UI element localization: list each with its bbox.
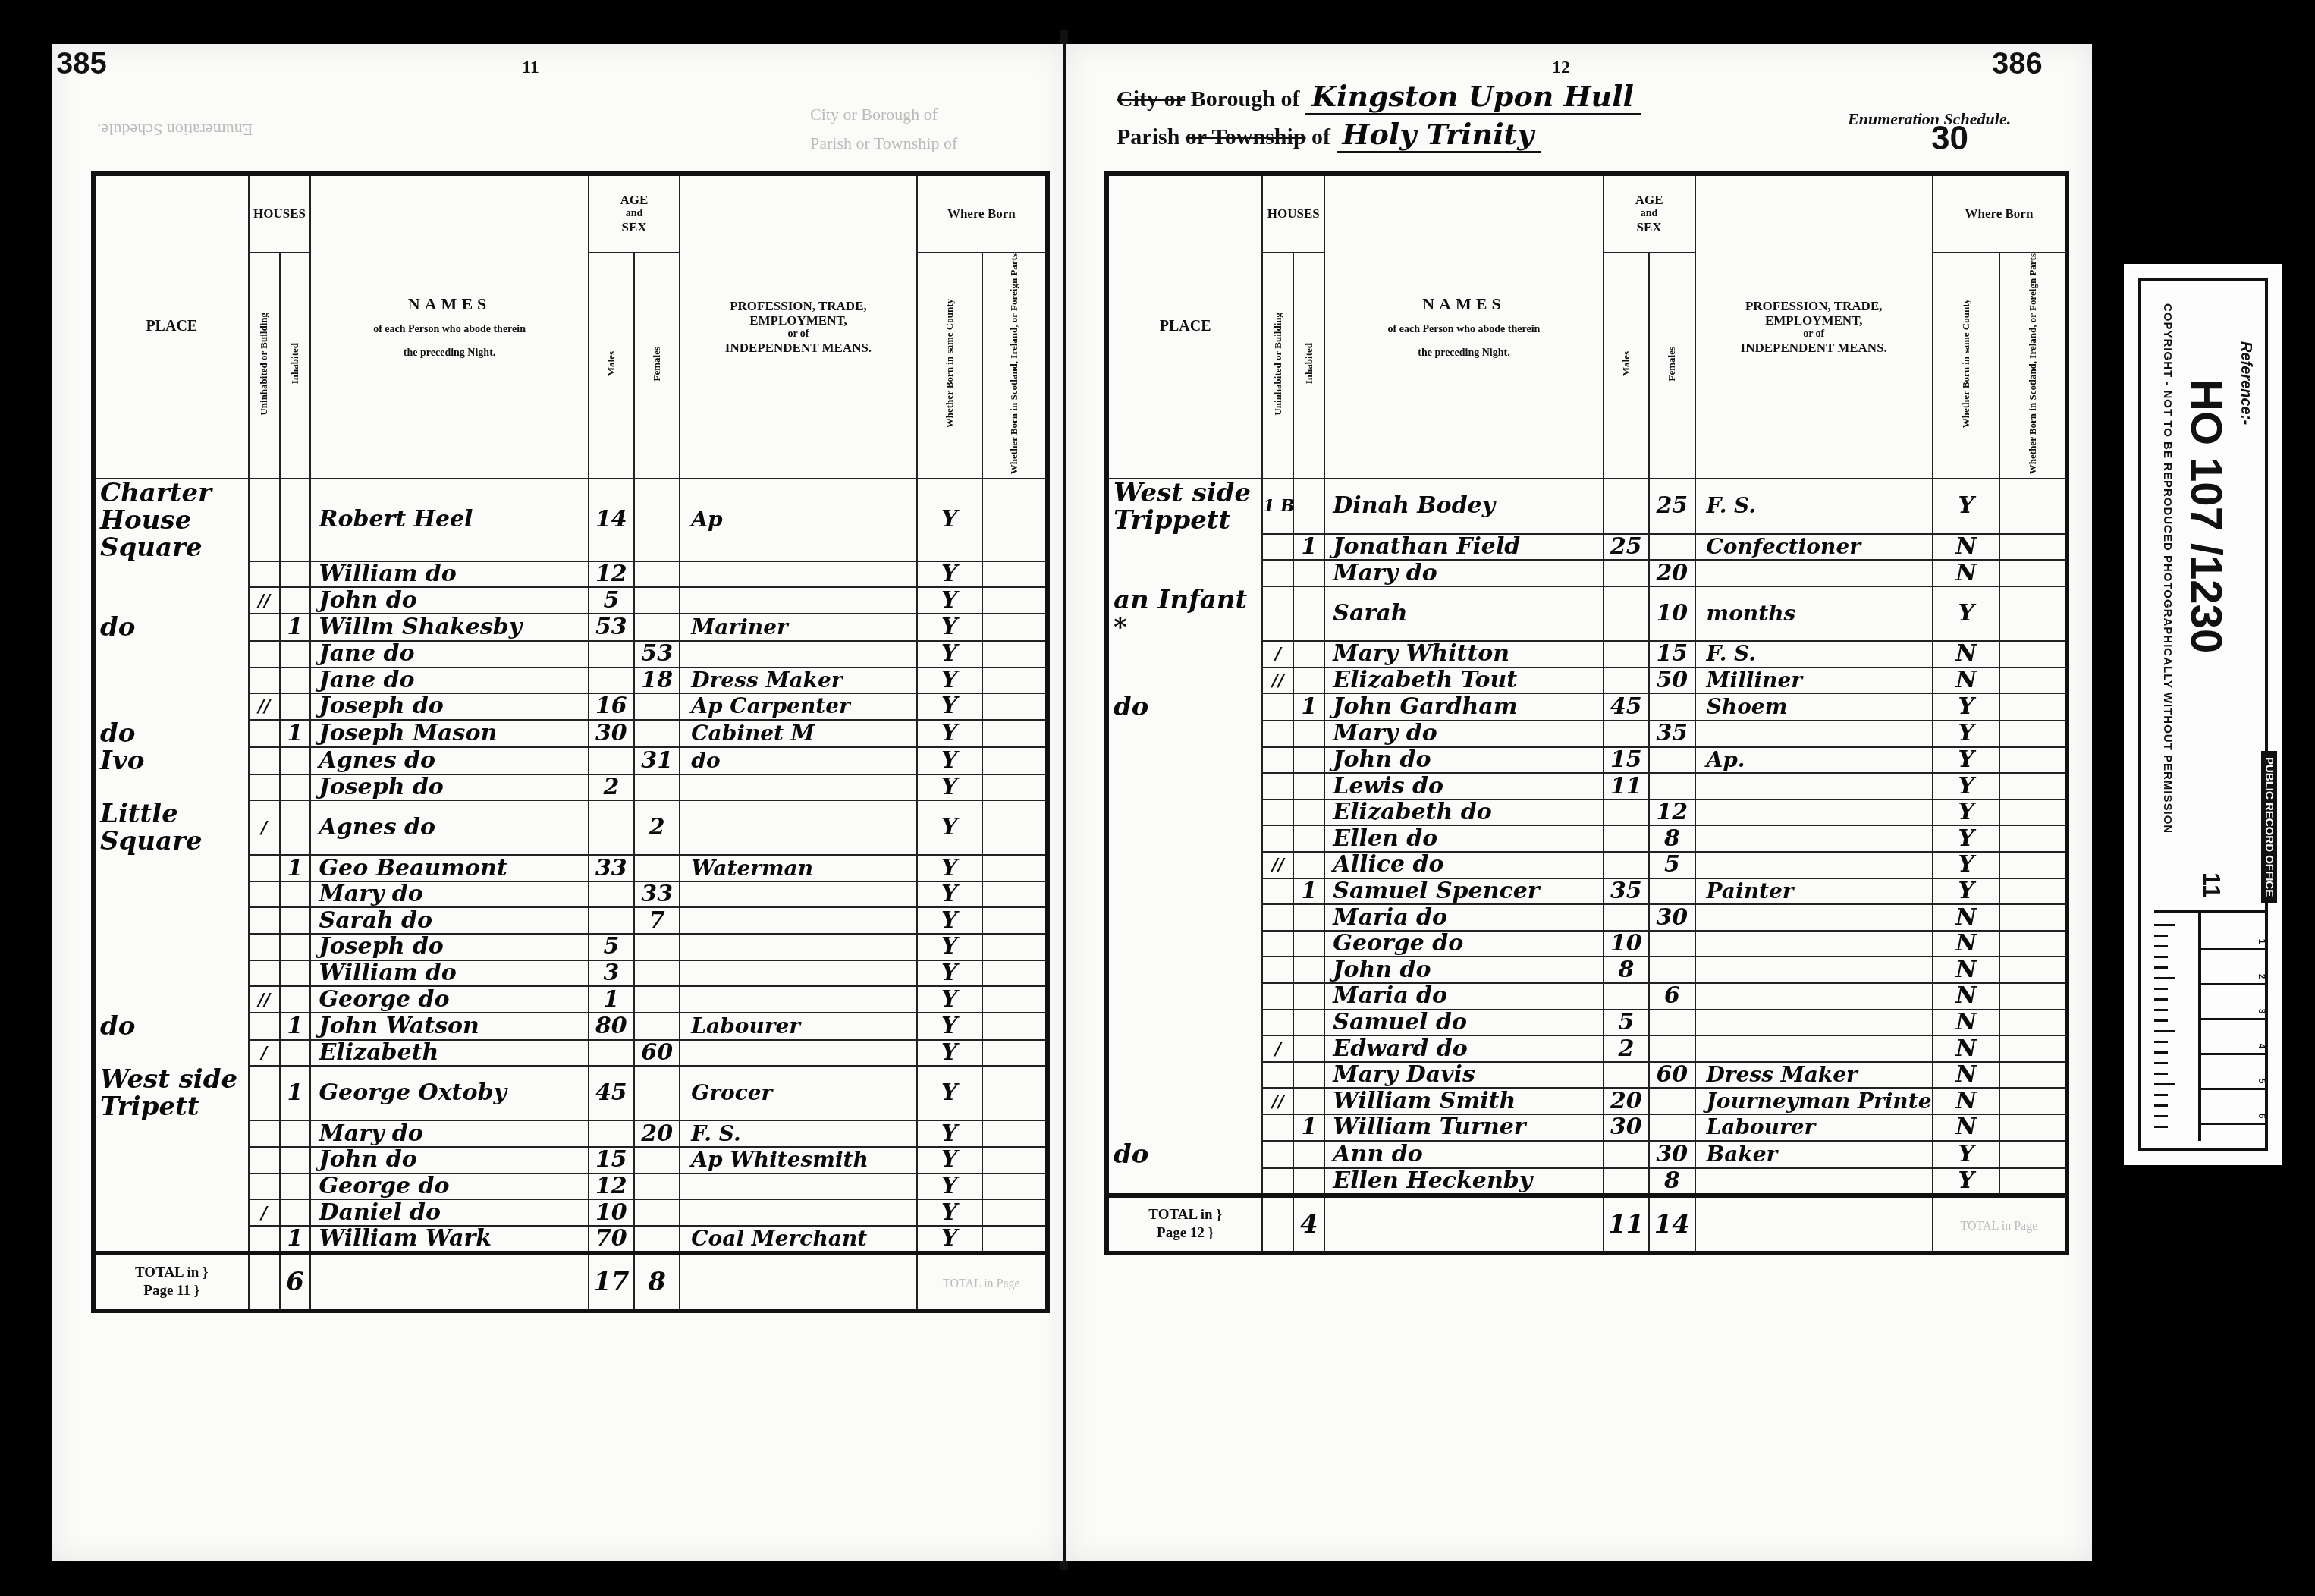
occupation	[680, 881, 916, 908]
city-borough-line: City or Borough of Kingston Upon Hull	[1117, 79, 1641, 113]
occupation: Ap.	[1695, 747, 1933, 774]
person-name: Joseph do	[310, 934, 588, 960]
person-name: Edward do	[1324, 1035, 1603, 1062]
born-scotland-ireland-foreign	[982, 720, 1048, 747]
born-scotland-ireland-foreign	[982, 668, 1048, 694]
inhabited-cell	[280, 641, 311, 668]
reference-folio: 11	[2197, 872, 2225, 898]
census-row: 1Geo Beaumont33WatermanY	[93, 855, 1048, 881]
inhabited-cell	[1293, 983, 1324, 1010]
age-female: 20	[1649, 560, 1695, 586]
occupation: Waterman	[680, 855, 916, 881]
person-name: Ann do	[1324, 1141, 1603, 1168]
occupation: Cabinet M	[680, 720, 916, 747]
person-name: Joseph do	[310, 774, 588, 801]
place-cell	[93, 881, 249, 908]
born-same-county: N	[1933, 668, 2000, 694]
age-male	[1604, 825, 1649, 852]
age-male	[589, 747, 634, 774]
census-row: //George do1Y	[93, 986, 1048, 1013]
born-scotland-ireland-foreign	[1999, 560, 2067, 586]
age-male: 2	[1604, 1035, 1649, 1062]
header-scotland-ireland-foreign: Whether Born in Scotland, Ireland, or Fo…	[982, 253, 1048, 479]
census-row: West side Trippett1 BldgDinah Bodey25F. …	[1107, 479, 2067, 534]
person-name: George do	[310, 986, 588, 1013]
inhabited-cell	[1293, 1168, 1324, 1196]
header-where-born: Where Born	[917, 174, 1048, 253]
occupation	[1695, 1010, 1933, 1036]
uninhabited-cell	[1262, 586, 1293, 641]
person-name: William Wark	[310, 1226, 588, 1254]
person-name: George do	[1324, 931, 1603, 957]
uninhabited-cell	[249, 1120, 280, 1147]
header-age-sex: AGEandSEX	[589, 174, 680, 253]
born-same-county: Y	[917, 1147, 982, 1173]
born-scotland-ireland-foreign	[1999, 852, 2067, 878]
uninhabited-cell	[1262, 1114, 1293, 1141]
place-cell	[1107, 852, 1262, 878]
occupation	[680, 986, 916, 1013]
person-name: Lewis do	[1324, 773, 1603, 800]
occupation: Painter	[1695, 878, 1933, 905]
person-name: John do	[310, 1147, 588, 1173]
age-female	[634, 1199, 680, 1226]
uninhabited-cell	[249, 855, 280, 881]
born-scotland-ireland-foreign	[1999, 1088, 2067, 1114]
page-number: 11	[522, 58, 539, 78]
inhabited-cell	[280, 561, 311, 588]
copyright-notice: COPYRIGHT - NOT TO BE REPRODUCED PHOTOGR…	[2161, 303, 2174, 834]
age-male	[589, 1040, 634, 1067]
inhabited-cell	[280, 1040, 311, 1067]
born-scotland-ireland-foreign	[1999, 1010, 2067, 1036]
person-name: John Watson	[310, 1013, 588, 1040]
place-cell	[1107, 800, 1262, 826]
born-same-county: Y	[917, 1199, 982, 1226]
born-same-county: Y	[917, 747, 982, 774]
census-row: /Edward do2N	[1107, 1035, 2067, 1062]
place-cell	[1107, 560, 1262, 586]
inhabited-cell: 1	[280, 855, 311, 881]
place-cell	[1107, 1088, 1262, 1114]
inhabited-cell: 1	[280, 614, 311, 641]
inhabited-cell	[1293, 586, 1324, 641]
born-same-county: Y	[1933, 586, 2000, 641]
age-male: 33	[589, 855, 634, 881]
age-male: 14	[589, 479, 634, 561]
age-female: 60	[1649, 1062, 1695, 1089]
inhabited-cell	[280, 1173, 311, 1200]
ruler-cm-line: 6	[2201, 1123, 2268, 1125]
age-male	[1604, 721, 1649, 747]
census-row: /Mary Whitton15F. S.N	[1107, 641, 2067, 668]
age-male	[589, 881, 634, 908]
uninhabited-cell	[1262, 721, 1293, 747]
census-row: John do8N	[1107, 957, 2067, 983]
person-name: Elizabeth Tout	[1324, 668, 1603, 694]
ruler-tick	[2154, 1126, 2168, 1128]
person-name: George Oxtoby	[310, 1066, 588, 1120]
born-same-county: Y	[1933, 773, 2000, 800]
place-cell	[93, 855, 249, 881]
record-office-label: PUBLIC RECORD OFFICE	[2261, 751, 2277, 903]
age-male	[1604, 800, 1649, 826]
person-name: William Turner	[1324, 1114, 1603, 1141]
totals-label: TOTAL in }Page 11 }	[93, 1253, 249, 1311]
born-scotland-ireland-foreign	[1999, 800, 2067, 826]
inhabited-cell	[1293, 825, 1324, 852]
age-female: 2	[634, 800, 680, 855]
age-female	[1649, 1114, 1695, 1141]
uninhabited-cell: 1 Bldg	[1262, 479, 1293, 534]
age-male: 45	[589, 1066, 634, 1120]
uninhabited-cell	[1262, 1141, 1293, 1168]
occupation: Milliner	[1695, 668, 1933, 694]
place-cell	[1107, 668, 1262, 694]
age-female	[634, 960, 680, 987]
place-cell	[93, 1199, 249, 1226]
age-female	[634, 479, 680, 561]
person-name: Joseph do	[310, 693, 588, 720]
person-name: Sarah	[1324, 586, 1603, 641]
census-row: Samuel do5N	[1107, 1010, 2067, 1036]
born-scotland-ireland-foreign	[1999, 693, 2067, 721]
born-same-county: Y	[917, 1173, 982, 1200]
inhabited-cell	[1293, 1062, 1324, 1089]
uninhabited-cell	[249, 720, 280, 747]
census-page-right: 386 12 City or Borough of Kingston Upon …	[1066, 44, 2092, 1561]
ruler-tick	[2154, 1051, 2168, 1054]
age-male	[589, 907, 634, 934]
age-male: 30	[589, 720, 634, 747]
person-name: George do	[310, 1173, 588, 1200]
occupation: Confectioner	[1695, 534, 1933, 561]
uninhabited-cell	[1262, 983, 1293, 1010]
header-profession: PROFESSION, TRADE,EMPLOYMENT, or ofINDEP…	[1695, 174, 1933, 479]
age-male: 53	[589, 614, 634, 641]
inhabited-cell	[280, 479, 311, 561]
age-male: 5	[589, 587, 634, 614]
age-male: 15	[1604, 747, 1649, 774]
born-scotland-ireland-foreign	[982, 1226, 1048, 1254]
person-name: Sarah do	[310, 907, 588, 934]
total-males: 11	[1604, 1195, 1649, 1253]
place-cell	[93, 934, 249, 960]
uninhabited-cell	[249, 668, 280, 694]
born-same-county: Y	[917, 561, 982, 588]
born-same-county: Y	[917, 668, 982, 694]
ruler-cm-line: 5	[2201, 1088, 2268, 1090]
place-cell	[1107, 1010, 1262, 1036]
age-male: 70	[589, 1226, 634, 1254]
born-same-county: Y	[917, 986, 982, 1013]
person-name: Mary do	[1324, 560, 1603, 586]
inhabited-cell	[280, 1120, 311, 1147]
census-row: William do3Y	[93, 960, 1048, 987]
census-table: PLACE HOUSES NAMES of each Person who ab…	[91, 171, 1050, 1313]
age-female: 7	[634, 907, 680, 934]
place-cell	[1107, 878, 1262, 905]
uninhabited-cell	[249, 907, 280, 934]
age-male	[589, 800, 634, 855]
born-same-county: Y	[917, 1226, 982, 1254]
person-name: Samuel Spencer	[1324, 878, 1603, 905]
born-scotland-ireland-foreign	[1999, 878, 2067, 905]
uninhabited-cell: //	[249, 693, 280, 720]
inhabited-cell	[1293, 668, 1324, 694]
place-cell: West side Trippett	[1107, 479, 1262, 534]
person-name: Jane do	[310, 641, 588, 668]
age-female: 6	[1649, 983, 1695, 1010]
age-male	[589, 641, 634, 668]
inhabited-cell: 1	[280, 720, 311, 747]
born-same-county: Y	[1933, 825, 2000, 852]
inhabited-cell	[280, 800, 311, 855]
age-male	[1604, 1141, 1649, 1168]
age-female	[634, 720, 680, 747]
age-female: 60	[634, 1040, 680, 1067]
person-name: Mary do	[310, 1120, 588, 1147]
born-scotland-ireland-foreign	[982, 1066, 1048, 1120]
ruler-cm-line: 1	[2201, 948, 2268, 950]
faint-parish-header: Parish or Township of	[810, 134, 957, 153]
total-names-blank	[1324, 1195, 1603, 1253]
place-cell	[93, 907, 249, 934]
inhabited-cell: 1	[1293, 693, 1324, 721]
age-female	[1649, 1010, 1695, 1036]
inhabited-cell	[1293, 904, 1324, 931]
uninhabited-cell: /	[249, 1040, 280, 1067]
ruler-tick	[2154, 1094, 2168, 1096]
occupation: Grocer	[680, 1066, 916, 1120]
enumeration-schedule-number: 30	[1931, 120, 1968, 158]
place-cell	[1107, 721, 1262, 747]
uninhabited-cell: //	[1262, 852, 1293, 878]
born-same-county: Y	[917, 774, 982, 801]
header-houses: HOUSES	[249, 174, 311, 253]
age-male	[1604, 668, 1649, 694]
ruler-tick	[2154, 998, 2168, 1001]
born-same-county: Y	[917, 587, 982, 614]
inhabited-cell	[280, 774, 311, 801]
uninhabited-cell: //	[249, 986, 280, 1013]
age-female: 50	[1649, 668, 1695, 694]
place-cell: Charter House Square	[93, 479, 249, 561]
born-scotland-ireland-foreign	[982, 747, 1048, 774]
header-names: NAMES of each Person who abode therein t…	[1324, 174, 1603, 479]
census-row: /Elizabeth60Y	[93, 1040, 1048, 1067]
census-row: 1William Turner30LabourerN	[1107, 1114, 2067, 1141]
place-cell: do	[93, 1013, 249, 1040]
uninhabited-cell	[1262, 1168, 1293, 1196]
born-scotland-ireland-foreign	[982, 934, 1048, 960]
person-name: Maria do	[1324, 983, 1603, 1010]
place-cell: Little Square	[93, 800, 249, 855]
occupation: F. S.	[1695, 479, 1933, 534]
born-same-county: Y	[917, 479, 982, 561]
born-scotland-ireland-foreign	[1999, 1168, 2067, 1196]
age-female: 30	[1649, 1141, 1695, 1168]
place-cell	[93, 1040, 249, 1067]
born-scotland-ireland-foreign	[1999, 668, 2067, 694]
census-row: William do12Y	[93, 561, 1048, 588]
person-name: Joseph Mason	[310, 720, 588, 747]
age-male: 35	[1604, 878, 1649, 905]
inhabited-cell	[280, 1199, 311, 1226]
total-females: 14	[1649, 1195, 1695, 1253]
born-scotland-ireland-foreign	[982, 479, 1048, 561]
census-row: Maria do6N	[1107, 983, 2067, 1010]
person-name: Jane do	[310, 668, 588, 694]
archive-reference-slip: Reference:- HO 107 /1230 COPYRIGHT - NOT…	[2124, 264, 2282, 1165]
age-female: 5	[1649, 852, 1695, 878]
born-same-county: Y	[1933, 1141, 2000, 1168]
born-scotland-ireland-foreign	[982, 1199, 1048, 1226]
total-females: 8	[634, 1253, 680, 1311]
uninhabited-cell	[1262, 800, 1293, 826]
born-same-county: N	[1933, 1088, 2000, 1114]
age-male: 10	[1604, 931, 1649, 957]
occupation: Labourer	[1695, 1114, 1933, 1141]
folio-number: 385	[56, 47, 107, 81]
born-same-county: Y	[917, 855, 982, 881]
census-row: //John do5Y	[93, 587, 1048, 614]
uninhabited-cell: /	[249, 800, 280, 855]
inhabited-cell	[1293, 1141, 1324, 1168]
age-male: 5	[589, 934, 634, 960]
occupation	[1695, 1035, 1933, 1062]
census-row: IvoAgnes do31doY	[93, 747, 1048, 774]
person-name: Jonathan Field	[1324, 534, 1603, 561]
age-female	[634, 1226, 680, 1254]
born-same-county: Y	[1933, 852, 2000, 878]
ruler-tick	[2154, 988, 2168, 990]
person-name: Ellen do	[1324, 825, 1603, 852]
occupation: Coal Merchant	[680, 1226, 916, 1254]
born-same-county: Y	[917, 1120, 982, 1147]
place-cell	[93, 693, 249, 720]
ruler-tick	[2154, 935, 2168, 937]
born-scotland-ireland-foreign	[982, 855, 1048, 881]
age-female	[634, 855, 680, 881]
age-female	[1649, 1035, 1695, 1062]
uninhabited-cell	[1262, 534, 1293, 561]
born-scotland-ireland-foreign	[982, 800, 1048, 855]
census-row: Little Square/Agnes do2Y	[93, 800, 1048, 855]
occupation	[680, 1173, 916, 1200]
uninhabited-cell	[1262, 747, 1293, 774]
census-row: //Elizabeth Tout50MillinerN	[1107, 668, 2067, 694]
born-same-county: N	[1933, 1114, 2000, 1141]
age-male	[1604, 560, 1649, 586]
ruler-cm-number: 1	[2257, 939, 2268, 944]
born-same-county: Y	[917, 800, 982, 855]
born-scotland-ireland-foreign	[982, 881, 1048, 908]
age-male: 3	[589, 960, 634, 987]
age-male	[589, 1120, 634, 1147]
census-row: 1Samuel Spencer35PainterY	[1107, 878, 2067, 905]
age-female	[634, 1147, 680, 1173]
age-male	[1604, 586, 1649, 641]
place-cell	[93, 774, 249, 801]
age-female	[1649, 693, 1695, 721]
born-same-county: N	[1933, 983, 2000, 1010]
faint-city-header: City or Borough of	[810, 105, 938, 124]
age-female	[1649, 878, 1695, 905]
person-name: William Smith	[1324, 1088, 1603, 1114]
born-scotland-ireland-foreign	[982, 1120, 1048, 1147]
uninhabited-cell: /	[249, 1199, 280, 1226]
header-males: Males	[1604, 253, 1649, 479]
age-male	[1604, 1168, 1649, 1196]
census-row: Charter House SquareRobert Heel14ApY	[93, 479, 1048, 561]
occupation: Ap Carpenter	[680, 693, 916, 720]
ruler-tick	[2154, 966, 2168, 969]
header-place: PLACE	[93, 174, 249, 479]
place-cell	[93, 641, 249, 668]
born-scotland-ireland-foreign	[982, 587, 1048, 614]
place-cell	[93, 668, 249, 694]
ruler-tick	[2154, 1019, 2168, 1022]
uninhabited-cell	[1262, 560, 1293, 586]
enumeration-schedule-label: Enumeration Schedule.	[1848, 109, 2011, 129]
age-female: 8	[1649, 825, 1695, 852]
inhabited-cell: 1	[280, 1013, 311, 1040]
age-male	[1604, 641, 1649, 668]
age-female	[1649, 1088, 1695, 1114]
parish-township-line: Parish or Township of Holy Trinity	[1117, 117, 1541, 151]
folio-number: 386	[1992, 47, 2043, 81]
age-female	[634, 934, 680, 960]
inhabited-cell	[1293, 852, 1324, 878]
age-female: 25	[1649, 479, 1695, 534]
occupation	[680, 587, 916, 614]
inhabited-cell	[280, 881, 311, 908]
header-scotland-ireland-foreign: Whether Born in Scotland, Ireland, or Fo…	[1999, 253, 2067, 479]
census-row: //William Smith20Journeyman PrinterN	[1107, 1088, 2067, 1114]
person-name: Agnes do	[310, 800, 588, 855]
person-name: Dinah Bodey	[1324, 479, 1603, 534]
age-male	[1604, 1062, 1649, 1089]
parish-value: Holy Trinity	[1337, 117, 1542, 153]
occupation	[680, 641, 916, 668]
born-same-county: Y	[1933, 1168, 2000, 1196]
city-borough-value: Kingston Upon Hull	[1305, 79, 1641, 115]
age-female	[634, 693, 680, 720]
born-scotland-ireland-foreign	[1999, 721, 2067, 747]
age-male: 15	[589, 1147, 634, 1173]
census-row: Mary do33Y	[93, 881, 1048, 908]
born-same-county: N	[1933, 560, 2000, 586]
measurement-ruler: 123456	[2154, 910, 2268, 1141]
person-name: Elizabeth do	[1324, 800, 1603, 826]
occupation	[1695, 825, 1933, 852]
reference-code: HO 107 /1230	[2181, 379, 2232, 653]
ruler-cm-number: 2	[2257, 974, 2268, 979]
occupation	[1695, 560, 1933, 586]
header-same-county: Whether Born in same County	[917, 253, 982, 479]
uninhabited-cell	[1262, 773, 1293, 800]
ruler-tick	[2154, 924, 2175, 926]
place-cell: do	[93, 720, 249, 747]
born-scotland-ireland-foreign	[1999, 825, 2067, 852]
total-profession-blank	[1695, 1195, 1933, 1253]
inhabited-cell	[280, 1147, 311, 1173]
born-scotland-ireland-foreign	[1999, 1141, 2067, 1168]
age-female: 10	[1649, 586, 1695, 641]
born-same-county: Y	[917, 907, 982, 934]
born-same-county: Y	[917, 641, 982, 668]
